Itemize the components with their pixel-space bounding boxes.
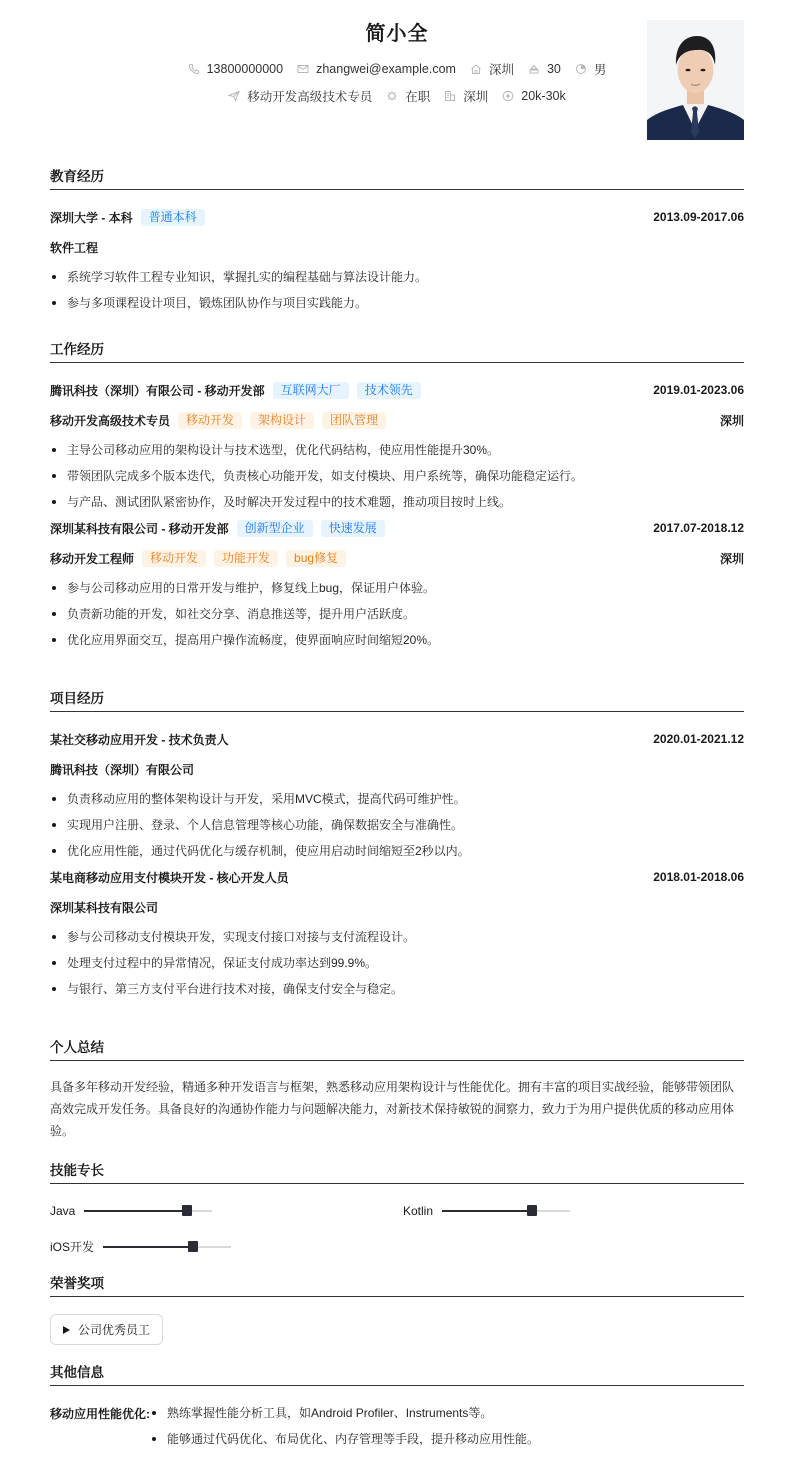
project-name: 某电商移动应用支付模块开发 - 核心开发人员 [50, 869, 289, 886]
work-position-row: 移动开发工程师 移动开发 功能开发 bug修复 深圳 [50, 550, 744, 566]
position-name: 移动开发工程师 [50, 550, 134, 567]
skill-level-knob [527, 1205, 537, 1216]
work-date: 2019.01-2023.06 [653, 383, 744, 397]
other-item: 移动应用性能优化: 熟练掌握性能分析工具，如Android Profiler、I… [50, 1405, 744, 1457]
status-text: 在职 [405, 87, 430, 105]
school-name: 深圳大学 - 本科 [50, 209, 133, 226]
list-item: 实现用户注册、登录、个人信息管理等核心功能，确保数据安全与准确性。 [50, 817, 744, 843]
other-bullets: 熟练掌握性能分析工具，如Android Profiler、Instruments… [150, 1405, 539, 1457]
email-text: zhangwei@example.com [316, 62, 456, 76]
building-icon [444, 90, 456, 102]
project-company: 腾讯科技（深圳）有限公司 [50, 761, 194, 778]
project-company-row: 腾讯科技（深圳）有限公司 [50, 761, 744, 777]
salary-text: 20k-30k [521, 89, 565, 103]
resume-header: 简小全 13800000000 zhangwei@example.com 深圳 … [0, 0, 794, 150]
position-tag: 移动开发 [142, 550, 206, 567]
skills-section: 技能专长 Java Kotlin iOS开发 [50, 1164, 744, 1264]
award-item[interactable]: 公司优秀员工 [50, 1314, 163, 1345]
target-position-item: 移动开发高级技术专员 [228, 87, 372, 105]
major-name: 软件工程 [50, 239, 98, 256]
company-name: 腾讯科技（深圳）有限公司 - 移动开发部 [50, 382, 265, 399]
phone-text: 13800000000 [207, 62, 283, 76]
mail-icon [297, 63, 309, 75]
education-header-row: 深圳大学 - 本科 普通本科 2013.09-2017.06 [50, 209, 744, 225]
list-item: 优化应用界面交互，提高用户操作流畅度，使界面响应时间缩短20%。 [50, 632, 744, 658]
list-item: 与银行、第三方支付平台进行技术对接，确保支付安全与稳定。 [50, 981, 744, 1007]
status-icon [386, 90, 398, 102]
section-title: 工作经历 [50, 343, 744, 363]
age-icon [528, 63, 540, 75]
skill-name: Kotlin [403, 1204, 433, 1218]
project-date: 2020.01-2021.12 [653, 732, 744, 746]
section-title: 荣誉奖项 [50, 1277, 744, 1297]
skill-level-slider [103, 1246, 231, 1248]
skill-level-knob [182, 1205, 192, 1216]
major-row: 软件工程 [50, 239, 744, 255]
status-item: 在职 [386, 87, 430, 105]
age-text: 30 [547, 62, 561, 76]
list-item: 处理支付过程中的异常情况，保证支付成功率达到99.9%。 [50, 955, 744, 981]
section-title: 项目经历 [50, 692, 744, 712]
project-bullets: 负责移动应用的整体架构设计与开发，采用MVC模式，提高代码可维护性。 实现用户注… [50, 791, 744, 869]
list-item: 优化应用性能，通过代码优化与缓存机制，使应用启动时间缩短至2秒以内。 [50, 843, 744, 869]
work-date: 2017.07-2018.12 [653, 521, 744, 535]
list-item: 熟练掌握性能分析工具，如Android Profiler、Instruments… [150, 1405, 539, 1431]
section-title: 技能专长 [50, 1164, 744, 1184]
project-company: 深圳某科技有限公司 [50, 899, 158, 916]
position-tag: 团队管理 [322, 412, 386, 429]
list-item: 参与多项课程设计项目，锻炼团队协作与项目实践能力。 [50, 295, 744, 321]
company-tag: 快速发展 [321, 520, 385, 537]
position-tag: 功能开发 [214, 550, 278, 567]
list-item: 负责新功能的开发，如社交分享、消息推送等，提升用户活跃度。 [50, 606, 744, 632]
list-item: 与产品、测试团队紧密协作，及时解决开发过程中的技术难题，推动项目按时上线。 [50, 494, 744, 520]
project-name: 某社交移动应用开发 - 技术负责人 [50, 731, 229, 748]
summary-text: 具备多年移动开发经验，精通多种开发语言与框架，熟悉移动应用架构设计与性能优化。拥… [50, 1076, 744, 1142]
list-item: 负责移动应用的整体架构设计与开发，采用MVC模式，提高代码可维护性。 [50, 791, 744, 817]
education-bullets: 系统学习软件工程专业知识，掌握扎实的编程基础与算法设计能力。 参与多项课程设计项… [50, 269, 744, 321]
skill-name: iOS开发 [50, 1238, 94, 1255]
city-item: 深圳 [470, 60, 514, 78]
skill-level-fill [103, 1246, 193, 1248]
position-name: 移动开发高级技术专员 [50, 412, 170, 429]
target-city-item: 深圳 [444, 87, 488, 105]
list-item: 主导公司移动应用的架构设计与技术选型，优化代码结构，使应用性能提升30%。 [50, 442, 744, 468]
list-item: 系统学习软件工程专业知识，掌握扎实的编程基础与算法设计能力。 [50, 269, 744, 295]
skill-level-slider [442, 1210, 570, 1212]
work-bullets: 主导公司移动应用的架构设计与技术选型，优化代码结构，使应用性能提升30%。 带领… [50, 442, 744, 520]
skill-level-fill [84, 1210, 186, 1212]
list-item: 带领团队完成多个版本迭代，负责核心功能开发，如支付模块、用户系统等，确保功能稳定… [50, 468, 744, 494]
section-title: 其他信息 [50, 1366, 744, 1386]
city-text: 深圳 [489, 60, 514, 78]
age-item: 30 [528, 62, 561, 76]
skill-name: Java [50, 1204, 75, 1218]
phone-icon [188, 63, 200, 75]
email-item: zhangwei@example.com [297, 62, 456, 76]
summary-section: 个人总结 具备多年移动开发经验，精通多种开发语言与框架，熟悉移动应用架构设计与性… [50, 1041, 744, 1142]
education-section: 教育经历 深圳大学 - 本科 普通本科 2013.09-2017.06 软件工程… [50, 170, 744, 321]
project-company-row: 深圳某科技有限公司 [50, 899, 744, 915]
other-section: 其他信息 移动应用性能优化: 熟练掌握性能分析工具，如Android Profi… [50, 1366, 744, 1457]
gender-icon [575, 63, 587, 75]
skill-level-knob [188, 1241, 198, 1252]
work-company-row: 腾讯科技（深圳）有限公司 - 移动开发部 互联网大厂 技术领先 2019.01-… [50, 382, 744, 398]
company-tag: 互联网大厂 [273, 382, 349, 399]
project-date: 2018.01-2018.06 [653, 870, 744, 884]
list-item: 能够通过代码优化、布局优化、内存管理等手段，提升移动应用性能。 [150, 1431, 539, 1457]
skill-ios: iOS开发 [50, 1238, 231, 1255]
work-location: 深圳 [720, 550, 744, 567]
send-icon [228, 90, 240, 102]
skill-java: Java [50, 1204, 212, 1218]
list-item: 参与公司移动支付模块开发，实现支付接口对接与支付流程设计。 [50, 929, 744, 955]
salary-item: 20k-30k [502, 89, 565, 103]
work-bullets: 参与公司移动应用的日常开发与维护，修复线上bug，保证用户体验。 负责新功能的开… [50, 580, 744, 658]
projects-section: 项目经历 某社交移动应用开发 - 技术负责人 2020.01-2021.12 腾… [50, 692, 744, 1007]
project-header-row: 某电商移动应用支付模块开发 - 核心开发人员 2018.01-2018.06 [50, 869, 744, 885]
triangle-right-icon [63, 1326, 70, 1334]
work-section: 工作经历 腾讯科技（深圳）有限公司 - 移动开发部 互联网大厂 技术领先 201… [50, 343, 744, 658]
list-item: 参与公司移动应用的日常开发与维护，修复线上bug，保证用户体验。 [50, 580, 744, 606]
gender-text: 男 [594, 60, 607, 78]
project-bullets: 参与公司移动支付模块开发，实现支付接口对接与支付流程设计。 处理支付过程中的异常… [50, 929, 744, 1007]
target-city-text: 深圳 [463, 87, 488, 105]
project-header-row: 某社交移动应用开发 - 技术负责人 2020.01-2021.12 [50, 731, 744, 747]
award-name: 公司优秀员工 [78, 1321, 150, 1338]
avatar [647, 20, 744, 140]
skill-level-fill [442, 1210, 532, 1212]
other-label: 移动应用性能优化: [50, 1405, 150, 1457]
skill-kotlin: Kotlin [403, 1204, 570, 1218]
education-date: 2013.09-2017.06 [653, 210, 744, 224]
company-name: 深圳某科技有限公司 - 移动开发部 [50, 520, 229, 537]
work-company-row: 深圳某科技有限公司 - 移动开发部 创新型企业 快速发展 2017.07-201… [50, 520, 744, 536]
skill-level-slider [84, 1210, 212, 1212]
company-tag: 技术领先 [357, 382, 421, 399]
avatar-photo-icon [647, 20, 744, 140]
company-tag: 创新型企业 [237, 520, 313, 537]
section-title: 教育经历 [50, 170, 744, 190]
work-location: 深圳 [720, 412, 744, 429]
target-position-text: 移动开发高级技术专员 [247, 87, 372, 105]
section-title: 个人总结 [50, 1041, 744, 1061]
phone-item: 13800000000 [188, 62, 283, 76]
home-icon [470, 63, 482, 75]
awards-section: 荣誉奖项 公司优秀员工 [50, 1277, 744, 1345]
position-tag: 移动开发 [178, 412, 242, 429]
position-tag: 架构设计 [250, 412, 314, 429]
position-tag: bug修复 [286, 550, 346, 567]
salary-icon [502, 90, 514, 102]
gender-item: 男 [575, 60, 607, 78]
school-tag: 普通本科 [141, 209, 205, 226]
work-position-row: 移动开发高级技术专员 移动开发 架构设计 团队管理 深圳 [50, 412, 744, 428]
